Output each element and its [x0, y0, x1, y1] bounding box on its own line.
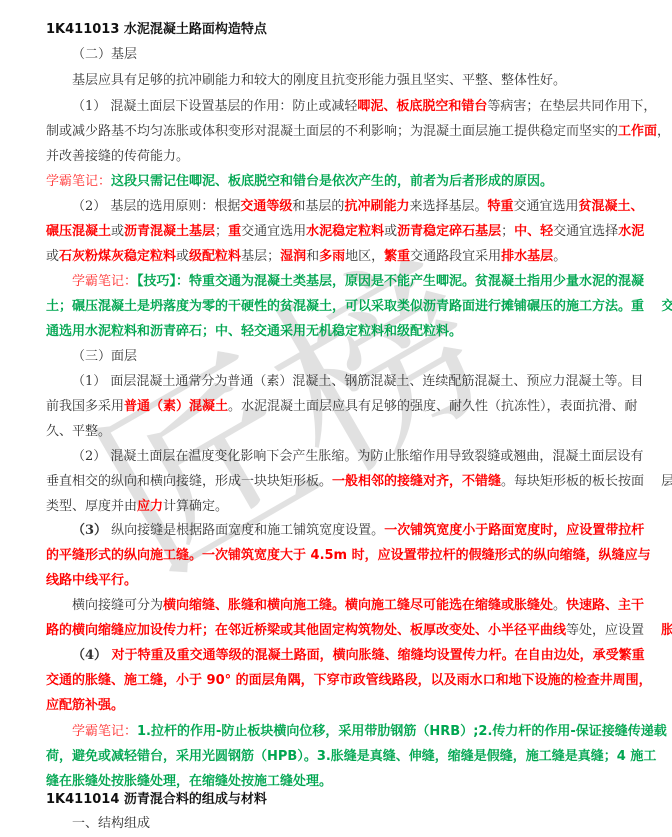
text-segment: 或: [46, 249, 59, 264]
highlight: 贫混凝土、: [579, 199, 644, 214]
highlight: 湿润: [280, 249, 306, 264]
highlight: 一般相邻的接缝对齐，不错缝: [332, 474, 501, 489]
highlight: 繁重: [384, 249, 410, 264]
paragraph-surface-1-line3: 久、平整。: [46, 424, 672, 440]
text-segment: 基层；: [241, 249, 280, 264]
paragraph-base-function-line1: （1） 混凝土面层下设置基层的作用：防止或减轻唧泥、板底脱空和错台等病害；在垫层…: [72, 99, 672, 115]
paragraph-transverse-joint-line2: 路的横向缩缝应加设传力杆；在邻近桥梁或其他固定构筑物处、板厚改变处、小半径平曲线…: [46, 623, 672, 639]
paragraph-base-requirements: 基层应具有足够的抗冲刷能力和较大的刚度且抗变形能力强且坚实、平整、整体性好。: [72, 73, 672, 89]
paragraph-transverse-joint-line1: 横向接缝可分为横向缩缝、胀缝和横向施工缝。横向施工缝尽可能选在缩缝或胀缝处。快速…: [72, 598, 672, 614]
paragraph-dowel-bar-line3: 应配筋补强。: [46, 698, 672, 714]
document-page: 匠榜 1K411013 水泥混凝土路面构造特点 （二）基层 基层应具有足够的抗冲…: [0, 0, 672, 837]
highlight: 水泥稳定粒料: [306, 224, 384, 239]
highlight: 沥青混凝土基层: [124, 224, 215, 239]
subsection-title-structure: 一、结构组成: [72, 816, 672, 832]
study-note-2-line2: 土；碾压混凝土是坍落度为零的干硬性的贫混凝土，可以采取类似沥青路面进行摊铺碾压的…: [46, 299, 672, 315]
text-segment: ；: [215, 224, 228, 239]
paragraph-base-function-line3: 并改善接缝的传荷能力。: [46, 149, 672, 165]
text-segment: 或: [176, 249, 189, 264]
highlight: 特重: [487, 199, 513, 214]
paragraph-surface-1-line1: （1） 面层混凝土通常分为普通（素）混凝土、钢筋混凝土、连续配筋混凝土、预应力混…: [72, 374, 672, 390]
highlight: 普通（素）混凝土: [124, 399, 228, 414]
highlight: 碾压混凝土: [46, 224, 111, 239]
study-note-3-line3: 缝在胀缝处按胀缝处理，在缩缝处按施工缝处理。: [46, 774, 672, 790]
section-heading-1k411013: 1K411013 水泥混凝土路面构造特点: [46, 22, 672, 38]
study-note-2-line1: 学霸笔记：【技巧】：特重交通为混凝土类基层，原因是不能产生唧泥。贫混凝土指用少量…: [72, 274, 672, 290]
study-note-2-line3: 通选用水泥粒料和沥青碎石；中、轻交通采用无机稳定粒料和级配粒料。: [46, 324, 672, 340]
text-segment: 和基层的: [292, 199, 344, 214]
paragraph-base-function-line2: 制或减少路基不均匀冻胀或体积变形对混凝土面层的不利影响；为混凝土面层施工提供稳定…: [46, 124, 672, 140]
text-segment: 交通宜选择: [553, 224, 618, 239]
paragraph-surface-2-line1: （2） 混凝土面层在温度变化影响下会产生胀缩。为防止胀缩作用导致裂缝或翘曲，混凝…: [72, 449, 672, 465]
paragraph-longitudinal-joint-line1: （3） 纵向接缝是根据路面宽度和施工铺筑宽度设置。一次铺筑宽度小于路面宽度时，应…: [72, 523, 672, 539]
text-segment: 和: [306, 249, 319, 264]
paragraph-surface-2-line2: 垂直相交的纵向和横向接缝，形成一块块矩形板。一般相邻的接缝对齐，不错缝。每块矩形…: [46, 474, 672, 490]
text-segment: 交通路段宜采用: [410, 249, 501, 264]
highlight: 水泥: [618, 224, 644, 239]
study-note-3-line1: 学霸笔记：1.拉杆的作用-防止板块横向位移，采用带肋钢筋（HRB）;2.传力杆的…: [72, 724, 672, 740]
highlight: 中、轻: [514, 224, 553, 239]
paragraph-base-selection-line1: （2） 基层的选用原则：根据交通等级和基层的抗冲刷能力来选择基层。特重交通宜选用…: [72, 199, 672, 215]
highlight: 石灰粉煤灰稳定粒料: [59, 249, 176, 264]
text-segment: 。: [553, 249, 566, 264]
paragraph-base-selection-line2: 碾压混凝土或沥青混凝土基层；重交通宜选用水泥稳定粒料或沥青稳定碎石基层；中、轻交…: [46, 224, 672, 240]
text-segment: 交通宜选用: [241, 224, 306, 239]
paragraph-surface-2-line3: 类型、厚度并由应力计算确定。: [46, 499, 672, 515]
highlight: 交通等级: [240, 199, 292, 214]
text-segment: 交通宜选用: [513, 199, 578, 214]
note-label: 学霸笔记：: [46, 174, 111, 189]
highlight: 级配粒料: [189, 249, 241, 264]
highlight: 工作面: [618, 124, 657, 139]
text-segment: 或: [111, 224, 124, 239]
paragraph-dowel-bar-line1: （4） 对于特重及重交通等级的混凝土路面，横向胀缝、缩缝均设置传力杆。在自由边处…: [72, 648, 672, 664]
paragraph-longitudinal-joint-line2: 的平缝形式的纵向施工缝。一次铺筑宽度大于 4.5m 时，应设置带拉杆的假缝形式的…: [46, 548, 672, 564]
highlight: 重: [228, 224, 241, 239]
highlight: 多雨: [319, 249, 345, 264]
study-note-3-line2: 荷，避免或减轻错台，采用光圆钢筋（HPB）。3.胀缝是真缝、伸缝，缩缝是假缝，施…: [46, 749, 672, 765]
note-label: 学霸笔记：: [72, 724, 137, 739]
study-note-1: 学霸笔记：这段只需记住唧泥、板底脱空和错台是依次产生的，前者为后者形成的原因。: [46, 174, 672, 190]
highlight: 应力: [137, 499, 163, 514]
subsection-title-base: （二）基层: [72, 47, 672, 63]
text-segment: 地区，: [345, 249, 384, 264]
paragraph-surface-1-line2: 前我国多采用普通（素）混凝土。水泥混凝土面层应具有足够的强度、耐久性（抗冻性），…: [46, 399, 672, 415]
paragraph-dowel-bar-line2: 交通的胀缝、施工缝，小于 90° 的面层角隅，下穿市政管线路段，以及雨水口和地下…: [46, 673, 672, 689]
text-segment: 来选择基层。: [409, 199, 487, 214]
highlight: 排水基层: [501, 249, 553, 264]
highlight: 抗冲刷能力: [344, 199, 409, 214]
section-heading-1k411014: 1K411014 沥青混合料的组成与材料: [46, 792, 672, 808]
text-segment: 或: [384, 224, 397, 239]
paragraph-longitudinal-joint-line3: 线路中线平行。: [46, 573, 672, 589]
subsection-title-surface: （三）面层: [72, 349, 672, 365]
text-segment: ；: [501, 224, 514, 239]
note-label: 学霸笔记：: [72, 274, 137, 289]
text-segment: （2） 基层的选用原则：根据: [72, 199, 240, 214]
paragraph-base-selection-line3: 或石灰粉煤灰稳定粒料或级配粒料基层；湿润和多雨地区，繁重交通路段宜采用排水基层。: [46, 249, 672, 265]
highlight: 唧泥、板底脱空和错台: [357, 99, 487, 114]
highlight: 沥青稳定碎石基层: [397, 224, 501, 239]
